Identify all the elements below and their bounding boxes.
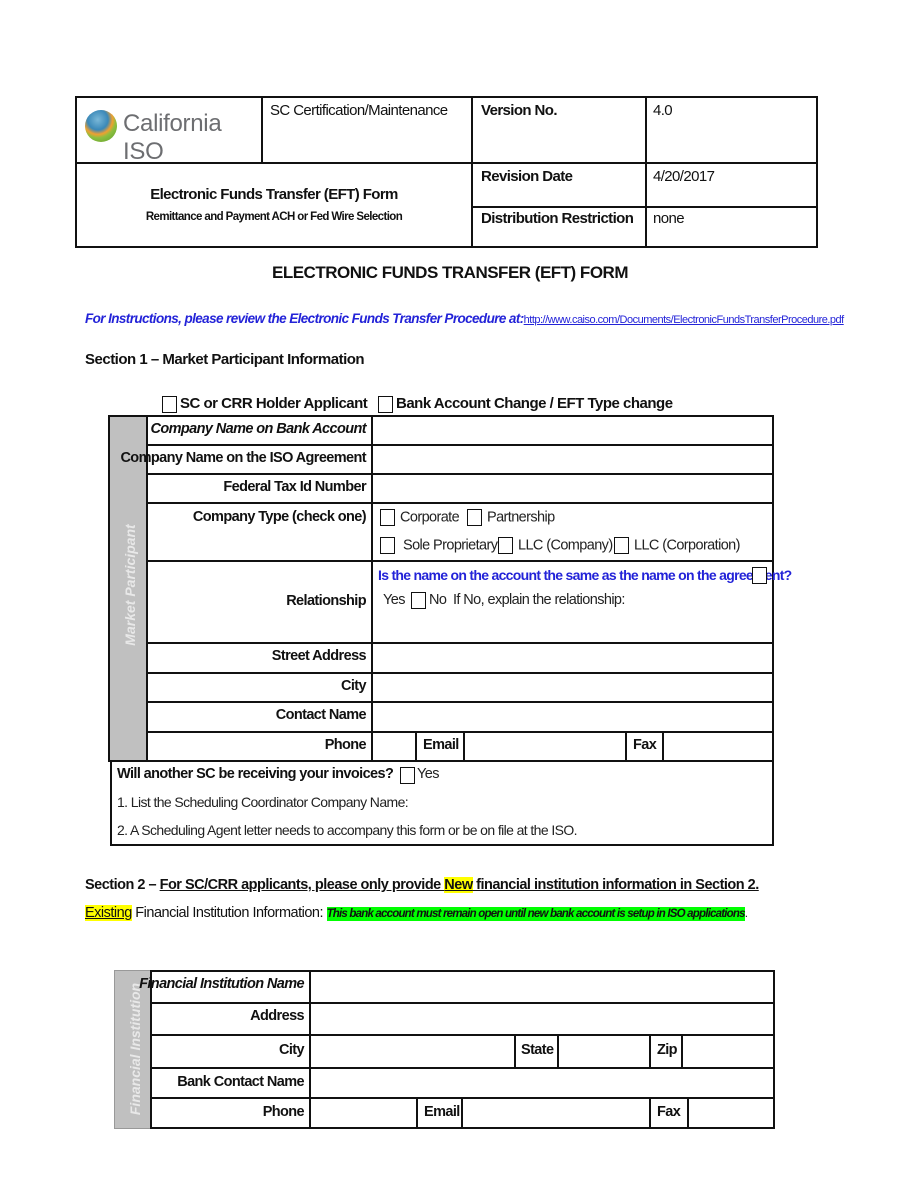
fi-email-input[interactable] bbox=[464, 1099, 649, 1127]
form-subtitle: Remittance and Payment ACH or Fed Wire S… bbox=[77, 211, 471, 223]
market-participant-sidebar: Market Participant bbox=[108, 415, 148, 762]
label-relationship: Relationship bbox=[286, 593, 366, 609]
instructions-text: For Instructions, please review the Elec… bbox=[85, 311, 524, 326]
divider bbox=[662, 731, 664, 762]
option-label: LLC (Corporation) bbox=[634, 537, 740, 553]
label-fi-address: Address bbox=[250, 1008, 304, 1024]
divider bbox=[681, 1034, 683, 1068]
form-title: Electronic Funds Transfer (EFT) Form bbox=[77, 186, 471, 203]
fi-name-input[interactable] bbox=[312, 972, 773, 1002]
label-phone: Phone bbox=[325, 737, 366, 753]
invoice-note-1: 1. List the Scheduling Coordinator Compa… bbox=[117, 794, 408, 810]
distribution-label: Distribution Restriction bbox=[481, 210, 633, 227]
fi-address-input[interactable] bbox=[312, 1004, 773, 1034]
fax-input[interactable] bbox=[665, 733, 772, 762]
checkbox[interactable] bbox=[380, 537, 395, 554]
instructions: For Instructions, please review the Elec… bbox=[85, 311, 844, 326]
distribution-value: none bbox=[653, 210, 684, 227]
instruction-text: For SC/CRR applicants, please only provi… bbox=[160, 877, 445, 893]
fi-zip-input[interactable] bbox=[684, 1036, 773, 1067]
divider bbox=[687, 1097, 689, 1129]
procedure-link[interactable]: http://www.caiso.com/Documents/Electroni… bbox=[524, 314, 844, 326]
label-contact: Contact Name bbox=[276, 707, 366, 723]
label-tax-id: Federal Tax Id Number bbox=[223, 479, 366, 495]
applicant-bank-change[interactable]: Bank Account Change / EFT Type change bbox=[378, 395, 673, 413]
invoice-yes-checkbox[interactable] bbox=[400, 767, 415, 784]
divider bbox=[415, 731, 417, 762]
option-llc-company[interactable]: LLC (Company) bbox=[498, 537, 613, 554]
label-fi-fax: Fax bbox=[657, 1104, 680, 1120]
fi-city-input[interactable] bbox=[312, 1036, 514, 1067]
divider bbox=[471, 98, 473, 246]
email-input[interactable] bbox=[466, 733, 625, 762]
instruction-text: financial institution information in Sec… bbox=[473, 877, 759, 893]
invoice-note-2: 2. A Scheduling Agent letter needs to ac… bbox=[117, 822, 577, 838]
divider bbox=[463, 731, 465, 762]
option-label: LLC (Company) bbox=[518, 537, 613, 553]
option-corporate[interactable]: Corporate bbox=[380, 509, 459, 526]
divider bbox=[146, 560, 774, 562]
checkbox[interactable] bbox=[614, 537, 629, 554]
divider bbox=[514, 1034, 516, 1068]
contact-input[interactable] bbox=[374, 703, 772, 731]
divider bbox=[309, 970, 311, 1129]
option-llc-corporation[interactable]: LLC (Corporation) bbox=[614, 537, 740, 554]
new-highlight: New bbox=[444, 877, 472, 893]
tax-id-input[interactable] bbox=[374, 475, 772, 502]
fi-state-input[interactable] bbox=[560, 1036, 649, 1067]
label-company-type: Company Type (check one) bbox=[193, 509, 366, 525]
checkbox-label: Bank Account Change / EFT Type change bbox=[396, 395, 673, 412]
relationship-explain: If No, explain the relationship: bbox=[453, 592, 625, 608]
section1-heading: Section 1 – Market Participant Informati… bbox=[85, 351, 364, 368]
revision-date-label: Revision Date bbox=[481, 168, 572, 185]
company-iso-input[interactable] bbox=[374, 446, 772, 473]
existing-fi-heading: Existing Financial Institution Informati… bbox=[85, 905, 747, 921]
divider bbox=[649, 1097, 651, 1129]
divider bbox=[471, 206, 816, 208]
fi-phone-input[interactable] bbox=[312, 1099, 416, 1127]
checkbox[interactable] bbox=[380, 509, 395, 526]
version-value: 4.0 bbox=[653, 102, 672, 119]
checkbox[interactable] bbox=[467, 509, 482, 526]
label-fax: Fax bbox=[633, 737, 656, 753]
category-label: SC Certification/Maintenance bbox=[270, 102, 447, 119]
option-partnership[interactable]: Partnership bbox=[467, 509, 555, 526]
logo-text: California ISO bbox=[123, 110, 255, 166]
relationship-yes-label: Yes bbox=[383, 592, 405, 608]
version-label: Version No. bbox=[481, 102, 557, 119]
label-street: Street Address bbox=[272, 648, 366, 664]
option-sole-proprietary[interactable]: Sole Proprietary bbox=[380, 537, 497, 554]
relationship-no-checkbox[interactable] bbox=[411, 592, 426, 609]
financial-institution-sidebar: Financial Institution bbox=[114, 970, 152, 1129]
section2-heading: Section 2 – For SC/CRR applicants, pleas… bbox=[85, 877, 759, 893]
checkbox-label: SC or CRR Holder Applicant bbox=[180, 395, 367, 412]
city-input[interactable] bbox=[374, 674, 772, 701]
globe-icon bbox=[85, 110, 117, 142]
option-label: Sole Proprietary bbox=[403, 537, 497, 553]
existing-highlight: Existing bbox=[85, 905, 132, 921]
label-fi-state: State bbox=[521, 1042, 553, 1058]
option-label: Partnership bbox=[487, 509, 555, 525]
label-fi-bank-contact: Bank Contact Name bbox=[177, 1074, 304, 1090]
account-warning: This bank account must remain open until… bbox=[327, 907, 745, 921]
checkbox[interactable] bbox=[498, 537, 513, 554]
divider bbox=[461, 1097, 463, 1129]
checkbox[interactable] bbox=[162, 396, 177, 413]
label-email: Email bbox=[423, 737, 459, 753]
revision-date-value: 4/20/2017 bbox=[653, 168, 714, 185]
street-input[interactable] bbox=[374, 644, 772, 672]
relationship-no-label: No bbox=[429, 592, 446, 608]
label-fi-name: Financial Institution Name bbox=[139, 976, 304, 992]
section2-prefix: Section 2 – bbox=[85, 877, 160, 893]
divider bbox=[371, 415, 373, 762]
sidebar-label: Market Participant bbox=[122, 465, 138, 705]
divider bbox=[645, 98, 647, 246]
label-fi-city: City bbox=[279, 1042, 304, 1058]
existing-label: Financial Institution Information: bbox=[132, 905, 323, 921]
label-fi-zip: Zip bbox=[657, 1042, 677, 1058]
warning-period: . bbox=[745, 908, 748, 920]
divider bbox=[416, 1097, 418, 1129]
label-fi-email: Email bbox=[424, 1104, 460, 1120]
label-fi-phone: Phone bbox=[263, 1104, 304, 1120]
fi-bank-contact-input[interactable] bbox=[312, 1069, 773, 1097]
relationship-yes-checkbox[interactable] bbox=[752, 567, 767, 584]
invoice-yes-label: Yes bbox=[417, 766, 439, 782]
divider bbox=[649, 1034, 651, 1068]
page-title: ELECTRONIC FUNDS TRANSFER (EFT) FORM bbox=[0, 263, 900, 283]
label-company-bank: Company Name on Bank Account bbox=[150, 421, 366, 437]
divider bbox=[625, 731, 627, 762]
section2-instruction: For SC/CRR applicants, please only provi… bbox=[160, 877, 759, 893]
divider bbox=[146, 502, 774, 504]
header-table: California ISO SC Certification/Maintena… bbox=[75, 96, 818, 248]
checkbox[interactable] bbox=[378, 396, 393, 413]
option-label: Corporate bbox=[400, 509, 459, 525]
california-iso-logo: California ISO bbox=[85, 106, 255, 146]
relationship-question: Is the name on the account the same as t… bbox=[378, 567, 792, 583]
invoice-question: Will another SC be receiving your invoic… bbox=[117, 766, 393, 782]
company-bank-input[interactable] bbox=[374, 417, 772, 444]
phone-input[interactable] bbox=[374, 733, 415, 762]
fi-fax-input[interactable] bbox=[690, 1099, 773, 1127]
label-company-iso: Company Name on the ISO Agreement bbox=[120, 450, 366, 466]
applicant-sc-crr[interactable]: SC or CRR Holder Applicant bbox=[162, 395, 367, 413]
divider bbox=[557, 1034, 559, 1068]
divider bbox=[261, 98, 263, 162]
label-city: City bbox=[341, 678, 366, 694]
sidebar-label: Financial Institution bbox=[127, 969, 143, 1129]
